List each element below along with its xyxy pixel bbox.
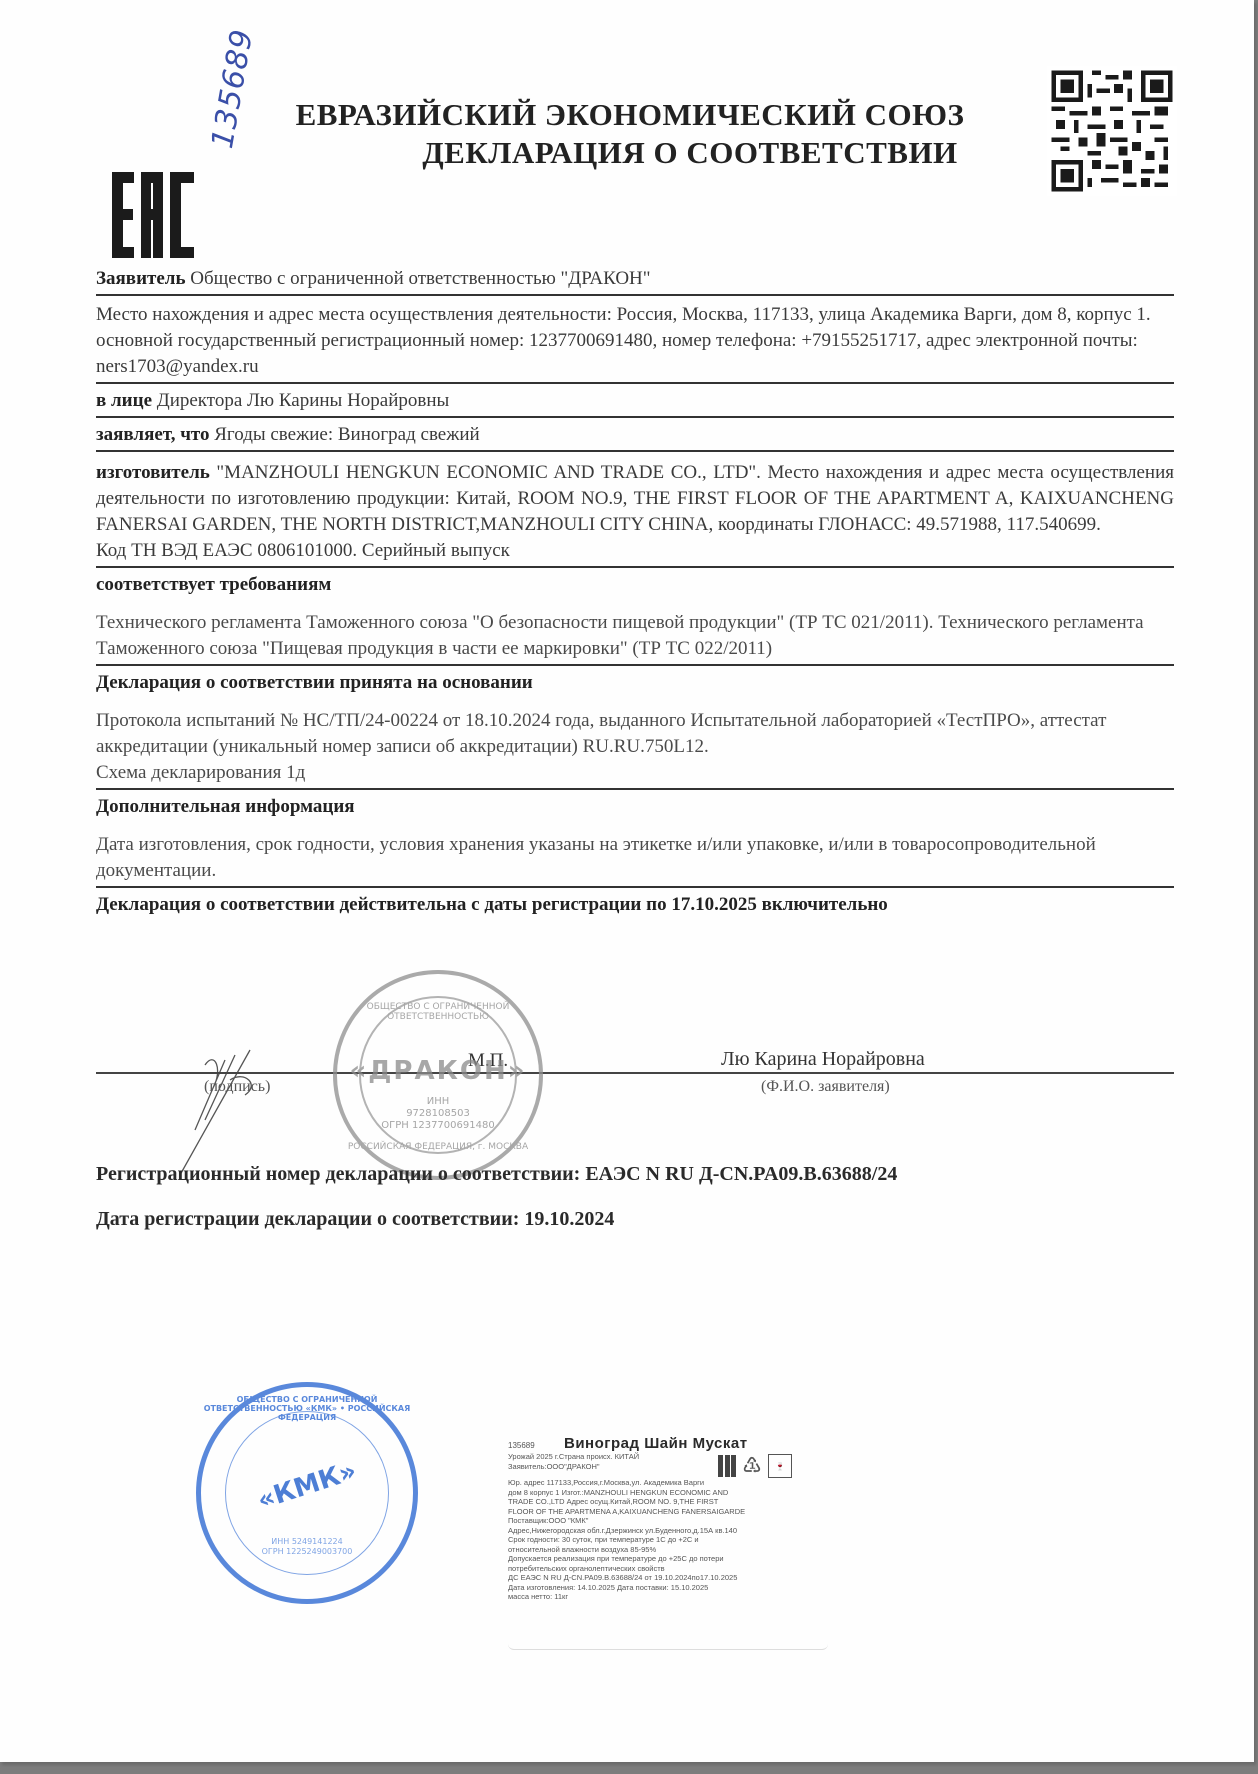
additional-info-heading: Дополнительная информация [96, 790, 1174, 822]
applicant-name-caption: (Ф.И.О. заявителя) [761, 1078, 890, 1096]
declaration-page: 135689 ЕВРАЗИЙСКИЙ ЭКОНОМИЧЕСКИЙ СОЮЗ ДЕ… [0, 0, 1254, 1762]
signature-block: М.П. (подпись) Лю Карина Норайровна (Ф.И… [96, 1050, 1174, 1130]
manufacturer-value: "MANZHOULI HENGKUN ECONOMIC AND TRADE CO… [96, 462, 1174, 535]
kmk-ogrn: ОГРН 1225249003700 [201, 1547, 413, 1557]
label-line: потребительских органолептических свойст… [508, 1564, 828, 1574]
label-line: Поставщик:ООО "КМК" [508, 1516, 828, 1526]
drakon-inn-label: ИНН [337, 1096, 539, 1108]
signature-caption: (подпись) [204, 1078, 270, 1096]
eac-icon [718, 1455, 736, 1477]
address-text: Место нахождения и адрес места осуществл… [96, 304, 1151, 377]
document-title: ЕВРАЗИЙСКИЙ ЭКОНОМИЧЕСКИЙ СОЮЗ ДЕКЛАРАЦИ… [280, 96, 980, 172]
represented-by-row: в лице Директора Лю Карины Норайровны [96, 384, 1174, 418]
drakon-stamp-inn: ИНН 9728108503 ОГРН 1237700691480 [337, 1096, 539, 1132]
label-line: Адрес,Нижегородская обл.г.Дзержинск ул.Б… [508, 1526, 828, 1536]
declares-label: заявляет, что [96, 424, 210, 445]
label-line: Урожай 2025 г.Страна происх. КИТАЙ [508, 1452, 718, 1462]
eac-logo-icon [110, 172, 196, 258]
registration-number: Регистрационный номер декларации о соотв… [96, 1163, 897, 1186]
declares-row: заявляет, что Ягоды свежие: Виноград све… [96, 418, 1174, 452]
requirements-heading: соответствует требованиям [96, 568, 1174, 600]
applicant-label: Заявитель [96, 268, 186, 289]
kmk-stamp-ids: ИНН 5249141224 ОГРН 1225249003700 [201, 1537, 413, 1557]
hs-code: Код ТН ВЭД ЕАЭС 0806101000. Серийный вып… [96, 538, 1174, 564]
address-row: Место нахождения и адрес места осуществл… [96, 296, 1174, 384]
drakon-stamp-ring-bottom: РОССИЙСКАЯ ФЕДЕРАЦИЯ, г. МОСКВА [337, 1142, 539, 1152]
handwritten-number: 135689 [205, 26, 260, 151]
manufacturer-label: изготовитель [96, 462, 210, 483]
additional-info-text: Дата изготовления, срок годности, услови… [96, 822, 1174, 888]
represented-by-value: Директора Лю Карины Норайровны [157, 390, 450, 411]
kmk-inn: ИНН 5249141224 [201, 1537, 413, 1547]
applicant-row: Заявитель Общество с ограниченной ответс… [96, 262, 1174, 296]
recycle-20-icon: ♳ [740, 1454, 764, 1478]
applicant-value: Общество с ограниченной ответственностью… [190, 268, 650, 289]
drakon-stamp-ring-top: ОБЩЕСТВО С ОГРАНИЧЕННОЙ ОТВЕТСТВЕННОСТЬЮ [337, 1002, 539, 1022]
represented-by-label: в лице [96, 390, 152, 411]
label-number: 135689 [508, 1441, 564, 1452]
kmk-stamp-ring: ОБЩЕСТВО С ОГРАНИЧЕННОЙ ОТВЕТСТВЕННОСТЬЮ… [201, 1395, 413, 1422]
label-line: Заявитель:ООО"ДРАКОН" [508, 1462, 718, 1472]
drakon-inn-value: 9728108503 [337, 1108, 539, 1120]
basis-text: Протокола испытаний № НС/ТП/24-00224 от … [96, 708, 1174, 760]
title-declaration: ДЕКЛАРАЦИЯ О СООТВЕТСТВИИ [280, 134, 980, 172]
label-line: FLOOR OF THE APARTMENA A,KAIXUANCHENG FA… [508, 1507, 828, 1517]
manufacturer-row: изготовитель "MANZHOULI HENGKUN ECONOMIC… [96, 452, 1174, 568]
validity-statement: Декларация о соответствии действительна … [96, 888, 1174, 918]
label-line: Дата изготовления: 14.10.2025 Дата поста… [508, 1583, 828, 1593]
food-safe-icon: 🍷 [768, 1454, 792, 1478]
label-line: ДС ЕАЭС N RU Д-CN.PA09.B.63688/24 от 19.… [508, 1573, 828, 1583]
drakon-stamp-name: «ДРАКОН» [337, 1056, 539, 1086]
kmk-company-stamp: ОБЩЕСТВО С ОГРАНИЧЕННОЙ ОТВЕТСТВЕННОСТЬЮ… [196, 1382, 418, 1604]
basis-heading: Декларация о соответствии принята на осн… [96, 666, 1174, 698]
label-product-title: Виноград Шайн Мускат [564, 1435, 748, 1452]
applicant-full-name: Лю Карина Норайровна [721, 1048, 925, 1071]
label-line: Срок годности: 30 суток, при температуре… [508, 1535, 828, 1545]
requirements-text: Технического регламента Таможенного союз… [96, 600, 1174, 666]
basis-block: Протокола испытаний № НС/ТП/24-00224 от … [96, 698, 1174, 790]
title-union: ЕВРАЗИЙСКИЙ ЭКОНОМИЧЕСКИЙ СОЮЗ [280, 96, 980, 134]
signature-line [96, 1072, 1174, 1074]
label-line: TRADE CO.,LTD Адрес осущ.Китай,ROOM NO. … [508, 1497, 828, 1507]
declaration-scheme: Схема декларирования 1д [96, 760, 1174, 786]
label-line: дом 8 корпус 1 Изгот.:MANZHOULI HENGKUN … [508, 1488, 828, 1498]
drakon-ogrn-value: ОГРН 1237700691480 [337, 1120, 539, 1132]
declaration-body: Заявитель Общество с ограниченной ответс… [96, 262, 1174, 918]
product-label: 135689 Виноград Шайн Мускат Урожай 2025 … [508, 1435, 828, 1650]
qr-code-icon [1047, 66, 1177, 196]
registration-date: Дата регистрации декларации о соответств… [96, 1208, 614, 1231]
label-line: Допускается реализация при температуре д… [508, 1554, 828, 1564]
label-line: масса нетто: 11кг [508, 1592, 828, 1602]
declares-value: Ягоды свежие: Виноград свежий [214, 424, 479, 445]
drakon-company-stamp: ОБЩЕСТВО С ОГРАНИЧЕННОЙ ОТВЕТСТВЕННОСТЬЮ… [333, 970, 543, 1180]
label-line: Юр. адрес 117133,Россия,г.Москва,ул. Ака… [508, 1478, 828, 1488]
label-line: относительной влажности воздуха 85-95% [508, 1545, 828, 1555]
